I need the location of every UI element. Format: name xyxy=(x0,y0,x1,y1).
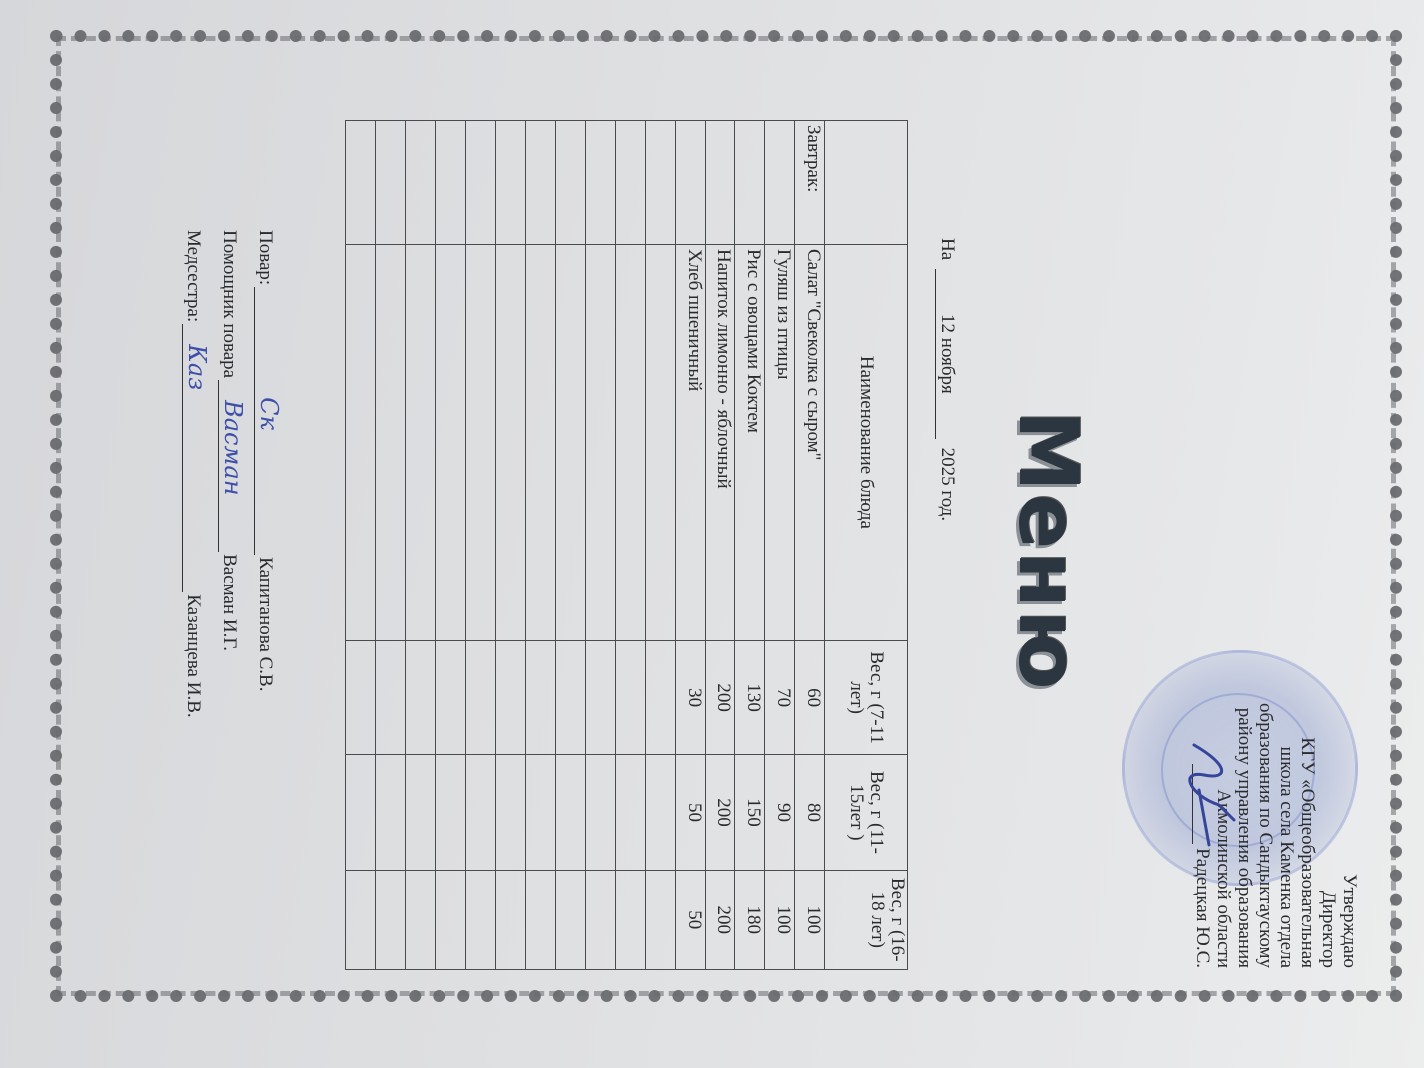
weight-7-11-cell: 200 xyxy=(705,640,735,755)
signature-name: Казанцева И.В. xyxy=(182,594,204,717)
handwritten-signature: Ск xyxy=(255,397,283,430)
empty-cell xyxy=(585,755,615,870)
signature-line: Каз xyxy=(182,324,203,592)
approval-line: школа села Каменка отдела xyxy=(1276,448,1297,968)
weight-11-15-cell: 90 xyxy=(765,755,795,870)
empty-cell xyxy=(495,244,525,640)
empty-cell xyxy=(615,755,645,870)
empty-cell xyxy=(555,121,585,245)
empty-cell xyxy=(406,755,436,870)
table-row: Завтрак:Салат "Свеколка с сыром"6080100 xyxy=(795,121,825,970)
empty-cell xyxy=(645,244,675,640)
empty-cell xyxy=(555,755,585,870)
signature-name: Капитанова С.В. xyxy=(254,557,276,691)
approval-signer-line: Радецкая Ю.С. xyxy=(1192,448,1213,968)
empty-cell xyxy=(376,870,406,969)
empty-cell xyxy=(346,121,376,245)
empty-cell xyxy=(585,640,615,755)
meal-cell xyxy=(765,121,795,245)
meal-cell: Завтрак: xyxy=(795,121,825,245)
empty-cell xyxy=(525,121,555,245)
empty-cell xyxy=(406,870,436,969)
empty-cell xyxy=(615,121,645,245)
date-prefix: На xyxy=(937,238,958,260)
empty-cell xyxy=(406,121,436,245)
empty-cell xyxy=(525,244,555,640)
approval-line: образования по Сандыктаускому xyxy=(1255,448,1276,968)
approval-line: КГУ «Общеобразовательная xyxy=(1297,448,1318,968)
table-row-empty xyxy=(435,121,465,970)
table-row-empty xyxy=(525,121,555,970)
meal-cell xyxy=(705,121,735,245)
empty-cell xyxy=(615,640,645,755)
empty-cell xyxy=(346,755,376,870)
signature-label: Медсестра: xyxy=(182,230,204,322)
weight-11-15-cell: 50 xyxy=(675,755,705,870)
empty-cell xyxy=(585,121,615,245)
weight-16-18-cell: 100 xyxy=(765,870,795,969)
date-value: 12 ноября xyxy=(935,269,958,439)
empty-cell xyxy=(406,640,436,755)
weight-11-15-cell: 200 xyxy=(705,755,735,870)
menu-table: Наименование блюда Вес, г (7-11 лет) Вес… xyxy=(345,120,908,970)
approval-line: Директор xyxy=(1318,448,1339,968)
table-row-empty xyxy=(555,121,585,970)
empty-cell xyxy=(615,870,645,969)
signature-line: Васман xyxy=(218,380,239,552)
approval-block: Утверждаю Директор КГУ «Общеобразователь… xyxy=(1192,448,1360,968)
page-title: Меню xyxy=(1002,410,1092,640)
empty-cell xyxy=(376,244,406,640)
empty-cell xyxy=(495,640,525,755)
signature-line: Ск xyxy=(254,287,275,555)
table-row-empty xyxy=(645,121,675,970)
empty-cell xyxy=(645,755,675,870)
empty-cell xyxy=(376,755,406,870)
weight-11-15-cell: 80 xyxy=(795,755,825,870)
empty-cell xyxy=(465,121,495,245)
date-line: На 12 ноября 2025 год. xyxy=(935,238,958,798)
table-row: Напиток лимонно - яблочный200200200 xyxy=(705,121,735,970)
weight-16-18-cell: 180 xyxy=(735,870,765,969)
table-header-row: Наименование блюда Вес, г (7-11 лет) Вес… xyxy=(825,121,908,970)
empty-cell xyxy=(525,640,555,755)
weight-11-15-cell: 150 xyxy=(735,755,765,870)
empty-cell xyxy=(555,640,585,755)
empty-cell xyxy=(435,121,465,245)
empty-cell xyxy=(645,121,675,245)
weight-16-18-cell: 50 xyxy=(675,870,705,969)
signature-label: Повар: xyxy=(254,230,276,285)
empty-cell xyxy=(435,755,465,870)
signature-row-nurse: Медсестра: Каз Казанцева И.В. xyxy=(182,230,218,830)
empty-cell xyxy=(465,244,495,640)
empty-cell xyxy=(585,244,615,640)
table-row: Гуляш из птицы7090100 xyxy=(765,121,795,970)
empty-cell xyxy=(495,870,525,969)
dish-cell: Гуляш из птицы xyxy=(765,244,795,640)
empty-cell xyxy=(585,870,615,969)
empty-cell xyxy=(465,640,495,755)
header-weight-7-11: Вес, г (7-11 лет) xyxy=(825,640,908,755)
approval-line: Утверждаю xyxy=(1339,448,1360,968)
dish-cell: Хлеб пшеничный xyxy=(675,244,705,640)
signatures-block: Повар: Ск Капитанова С.В. Помощник повар… xyxy=(182,230,290,830)
signature-row-cook: Повар: Ск Капитанова С.В. xyxy=(254,230,290,830)
empty-cell xyxy=(495,121,525,245)
header-meal xyxy=(825,121,908,245)
weight-7-11-cell: 60 xyxy=(795,640,825,755)
table-row: Рис с овощами Коктем130150180 xyxy=(735,121,765,970)
date-suffix: 2025 год. xyxy=(937,448,958,521)
empty-cell xyxy=(346,244,376,640)
approval-line: Акмолинской области xyxy=(1213,448,1234,968)
empty-cell xyxy=(435,244,465,640)
empty-cell xyxy=(376,121,406,245)
empty-cell xyxy=(346,870,376,969)
empty-cell xyxy=(435,640,465,755)
table-row-empty xyxy=(585,121,615,970)
approval-signer: Радецкая Ю.С. xyxy=(1192,848,1213,968)
table-row-empty xyxy=(465,121,495,970)
table-row-empty xyxy=(346,121,376,970)
dish-cell: Салат "Свеколка с сыром" xyxy=(795,244,825,640)
weight-16-18-cell: 200 xyxy=(705,870,735,969)
empty-cell xyxy=(495,755,525,870)
table-row-empty xyxy=(615,121,645,970)
empty-cell xyxy=(465,755,495,870)
empty-cell xyxy=(376,640,406,755)
table-row-empty xyxy=(376,121,406,970)
approval-line: району управления образования xyxy=(1234,448,1255,968)
handwritten-signature: Васман xyxy=(219,400,247,495)
header-weight-11-15: Вес, г (11-15лет ) xyxy=(825,755,908,870)
empty-cell xyxy=(435,870,465,969)
empty-cell xyxy=(555,244,585,640)
signature-row-assistant: Помощник повара Васман Васман И.Г. xyxy=(218,230,254,830)
director-signature-icon xyxy=(1179,735,1239,855)
table-row-empty xyxy=(406,121,436,970)
dish-cell: Рис с овощами Коктем xyxy=(735,244,765,640)
empty-cell xyxy=(645,870,675,969)
table-row-empty xyxy=(495,121,525,970)
empty-cell xyxy=(645,640,675,755)
weight-16-18-cell: 100 xyxy=(795,870,825,969)
weight-7-11-cell: 30 xyxy=(675,640,705,755)
signature-label: Помощник повара xyxy=(218,230,240,378)
empty-cell xyxy=(465,870,495,969)
menu-document: Утверждаю Директор КГУ «Общеобразователь… xyxy=(0,0,1424,1068)
empty-cell xyxy=(525,870,555,969)
empty-cell xyxy=(406,244,436,640)
weight-7-11-cell: 70 xyxy=(765,640,795,755)
empty-cell xyxy=(555,870,585,969)
dish-cell: Напиток лимонно - яблочный xyxy=(705,244,735,640)
empty-cell xyxy=(615,244,645,640)
header-weight-16-18: Вес, г (16-18 лет) xyxy=(825,870,908,969)
table-row: Хлеб пшеничный305050 xyxy=(675,121,705,970)
empty-cell xyxy=(525,755,555,870)
empty-cell xyxy=(346,640,376,755)
signature-name: Васман И.Г. xyxy=(218,554,240,651)
handwritten-signature: Каз xyxy=(183,344,211,390)
meal-cell xyxy=(675,121,705,245)
meal-cell xyxy=(735,121,765,245)
header-dish: Наименование блюда xyxy=(825,244,908,640)
weight-7-11-cell: 130 xyxy=(735,640,765,755)
